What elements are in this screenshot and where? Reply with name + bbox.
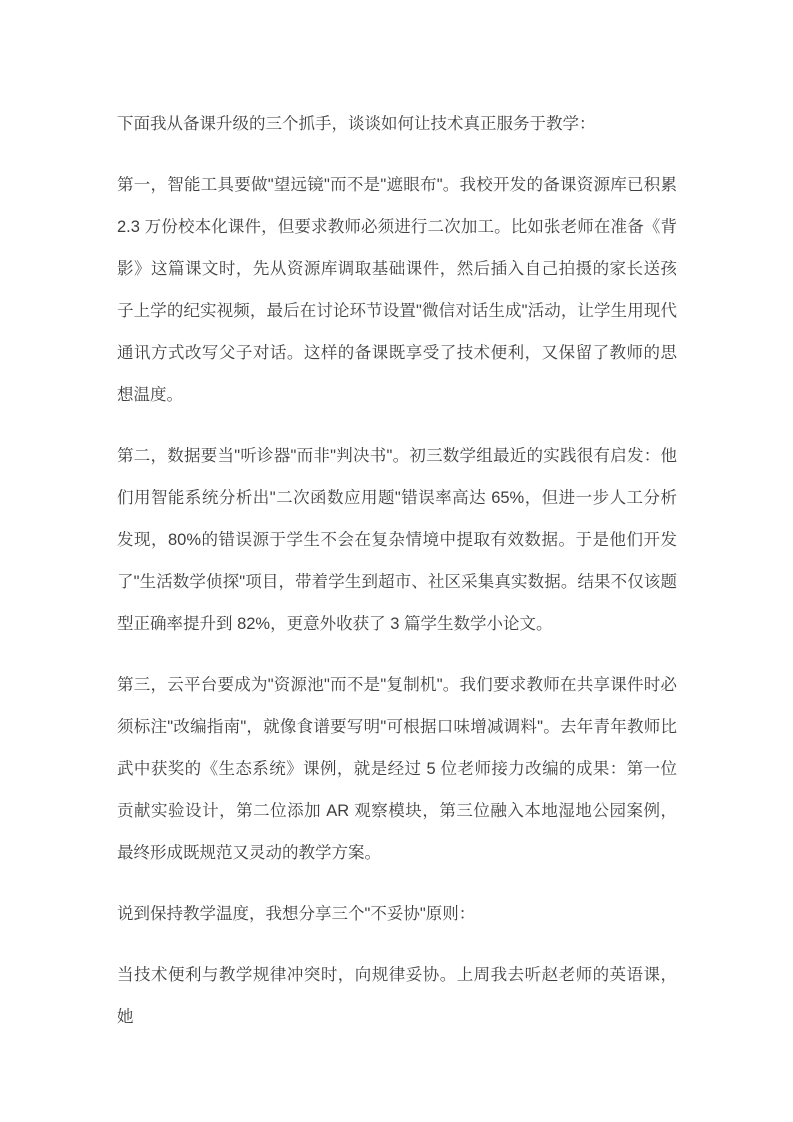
paragraph: 下面我从备课升级的三个抓手，谈谈如何让技术真正服务于教学： xyxy=(117,103,677,145)
document-page: 下面我从备课升级的三个抓手，谈谈如何让技术真正服务于教学：第一，智能工具要做"望… xyxy=(0,0,793,1122)
paragraph: 说到保持教学温度，我想分享三个"不妥协"原则： xyxy=(117,893,677,935)
document-body: 下面我从备课升级的三个抓手，谈谈如何让技术真正服务于教学：第一，智能工具要做"望… xyxy=(117,103,677,1038)
paragraph: 第一，智能工具要做"望远镜"而不是"遮眼布"。我校开发的备课资源库已积累 2.3… xyxy=(117,164,677,416)
paragraph: 第二，数据要当"听诊器"而非"判决书"。初三数学组最近的实践很有启发：他们用智能… xyxy=(117,435,677,645)
paragraph: 第三，云平台要成为"资源池"而不是"复制机"。我们要求教师在共享课件时必须标注"… xyxy=(117,664,677,874)
paragraph: 当技术便利与教学规律冲突时，向规律妥协。上周我去听赵老师的英语课，她 xyxy=(117,954,677,1038)
